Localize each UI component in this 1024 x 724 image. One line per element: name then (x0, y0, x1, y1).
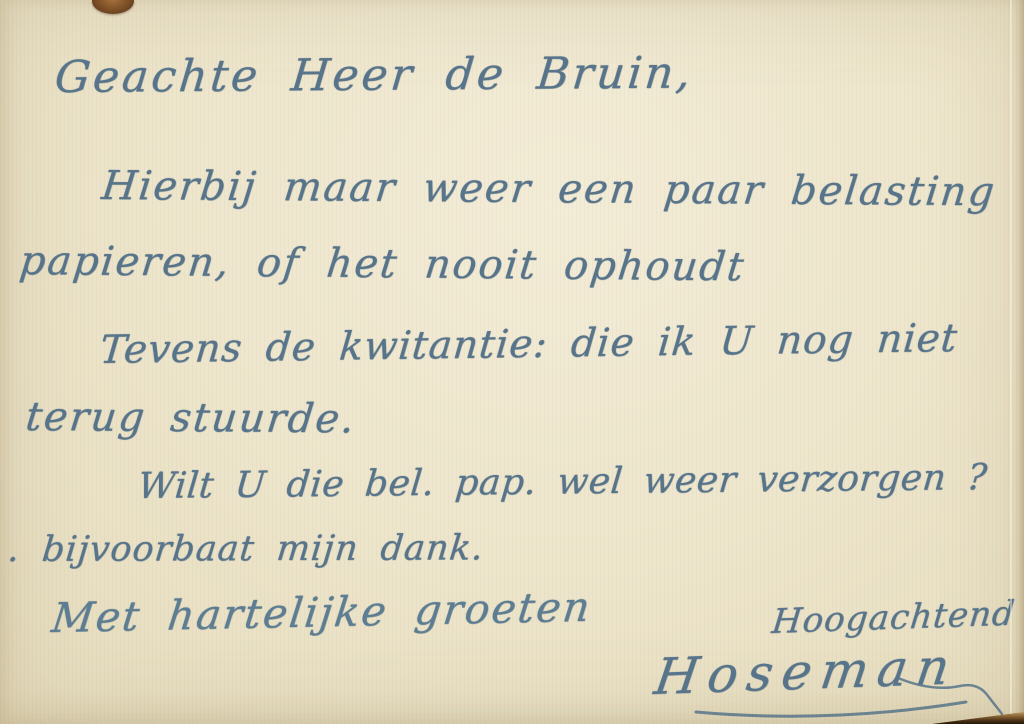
paper-crease-line (1010, 0, 1012, 724)
salutation-line: Geachte Heer de Bruin, (52, 48, 695, 103)
body-line-3: Tevens de kwitantie: die ik U nog niet (98, 316, 960, 373)
body-line-4: terug stuurde. (23, 394, 358, 442)
closing-formal-line: Hoogachtend (770, 594, 1017, 642)
closing-greeting-line: Met hartelijke groeten (49, 583, 594, 642)
body-line-1: Hierbij maar weer een paar belasting (99, 163, 998, 215)
letter-page: Geachte Heer de Bruin, Hierbij maar weer… (0, 0, 1024, 724)
body-line-2: papieren, of het nooit ophoudt (17, 238, 747, 290)
paper-right-edge-shadow (1015, 0, 1024, 724)
signature-text: Hoseman (651, 637, 962, 705)
body-line-6: . bijvoorbaat mijn dank. (6, 528, 486, 570)
body-line-5: Wilt U die bel. pap. wel weer verzorgen … (136, 457, 989, 507)
rust-pin-mark (92, 0, 134, 14)
